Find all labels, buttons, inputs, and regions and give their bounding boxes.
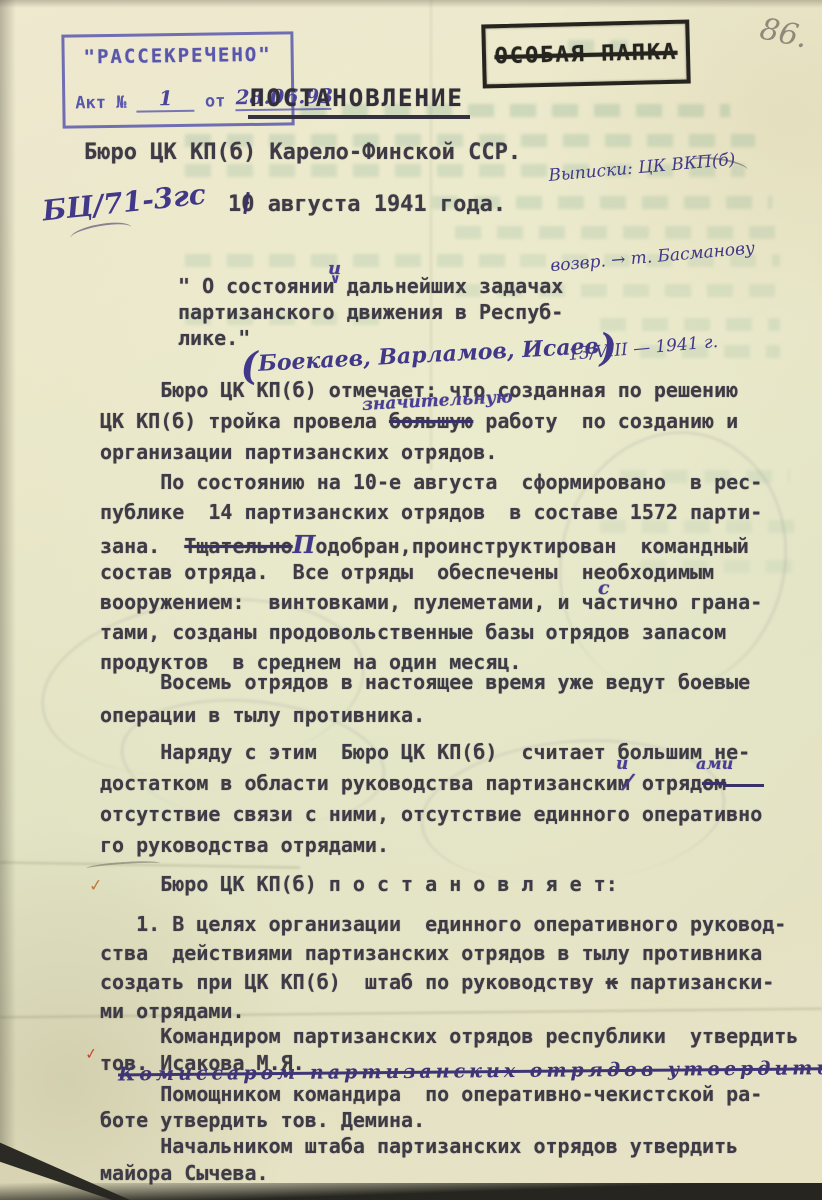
paragraph: Бюро ЦК КП(б) отмечает: что созданная по… (100, 378, 738, 471)
typed-text: партизански- (618, 970, 775, 994)
strike-extension (724, 784, 764, 787)
names-text: Боекаев, Варламов, Исаев (257, 333, 599, 377)
typed-text: отряд (630, 771, 702, 795)
resolve-line: Бюро ЦК КП(б) п о с т а н о в л я е т: (100, 872, 618, 896)
red-checkmark: ✓ (85, 1043, 98, 1064)
typed-text: создать при ЦК КП(б) штаб по руководству (100, 970, 606, 994)
paragraph: 1. В целях организации единного оператив… (100, 912, 786, 1028)
text-line: 1. В целях организации единного оператив… (100, 912, 786, 941)
handwritten-insert: ами (696, 754, 733, 773)
scanned-document-page: "РАССЕКРЕЧЕНО" Акт № 1 от 28.06.93 ОСОБА… (0, 0, 822, 1200)
typed-text: одобран,проинструктирован командный (315, 534, 748, 558)
typed-text: ЦК КП(б) тройка провела (100, 409, 389, 433)
bleedthrough-text (185, 254, 505, 267)
typed-text: вооружением: винтовками, пулеметами, и ч… (100, 590, 762, 614)
text-line: создать при ЦК КП(б) штаб по руководству… (100, 970, 786, 999)
special-folder-stamp: ОСОБАЯ ПАПКА (481, 19, 691, 88)
annotation-line: возвр. → т. Басманову (549, 233, 756, 281)
paragraph: Начальником штаба партизанских отрядов у… (100, 1134, 738, 1188)
handwritten-insert: с (598, 577, 610, 599)
paren-close: ) (598, 324, 618, 370)
text-line: вооружением: винтовками, пулеметами, и ч… (100, 590, 762, 620)
text-line: Командиром партизанских отрядов республи… (100, 1024, 798, 1051)
struck-word: Тщательно (184, 534, 292, 558)
pencil-dash (86, 859, 160, 872)
text-line: Наряду с этим Бюро ЦК КП(б) считает боль… (100, 740, 762, 771)
text-line: партизанского движения в Респуб- (178, 300, 563, 326)
document-title: ПОСТАНОВЛЕНИЕ (248, 84, 470, 119)
page-number: 86. (757, 11, 811, 55)
from-label: от (205, 91, 226, 111)
file-reference-handwritten: БЦ/71-3гс (41, 178, 208, 228)
date-line: 10 августа 1941 года. (228, 192, 506, 217)
typed-text: дальнейших задачах (335, 274, 564, 298)
special-folder-stamp-label: ОСОБАЯ ПАПКА (494, 39, 678, 68)
insert-caret: ∨ (330, 272, 341, 287)
text-line: публике 14 партизанских отрядов в состав… (100, 500, 762, 530)
orange-checkmark: ✓ (89, 873, 103, 896)
act-number-handwritten: 1 (137, 86, 195, 113)
typed-text: работу по созданию и (473, 409, 738, 433)
date-text: 10 августа 1941 года. (228, 192, 506, 217)
text-line: ства действиями партизанских отрядов в т… (100, 941, 786, 970)
struck-word: ом (702, 771, 726, 795)
text-line: состав отряда. Все отряды обеспечены нео… (100, 560, 762, 590)
text-line: отсутствие связи с ними, отсутствие един… (100, 802, 762, 833)
paragraph: Восемь отрядов в настоящее время уже вед… (100, 670, 750, 736)
text-line: достатком в области руководства партизан… (100, 771, 762, 802)
paragraph: По состоянию на 10-е августа сформирован… (100, 470, 762, 680)
text-line: тами, созданы продовольственные базы отр… (100, 620, 762, 650)
org-line: Бюро ЦК КП(б) Карело-Финской ССР. (84, 140, 521, 165)
handwritten-insert: и (616, 754, 628, 774)
paragraph: Наряду с этим Бюро ЦК КП(б) считает боль… (100, 740, 762, 864)
paragraph: Помощником командира по оперативно-чекис… (100, 1082, 762, 1134)
scan-edge-bottom (0, 1183, 822, 1200)
typed-text: зана. (100, 534, 184, 558)
text-line: Начальником штаба партизанских отрядов у… (100, 1134, 738, 1161)
text-line: операции в тылу противника. (100, 703, 750, 736)
struck-word: к (606, 970, 618, 994)
text-line: боте утвердить тов. Демина. (100, 1108, 762, 1134)
typed-text: " О состоянии (178, 274, 335, 298)
handwritten-letter: П (293, 530, 316, 559)
text-line: По состоянию на 10-е августа сформирован… (100, 470, 762, 500)
text-line: зана. ТщательноПодобран,проинструктирова… (100, 530, 762, 560)
text-line: ЦК КП(б) тройка провела большую работу п… (100, 409, 738, 440)
act-label: Акт № (75, 93, 126, 114)
typed-text: достатком в области руководства партизан… (100, 771, 630, 795)
scan-edge-top (0, 0, 822, 8)
text-line: " О состоянии дальнейших задачахи∨ (178, 274, 563, 300)
text-line: го руководства отрядами. (100, 833, 762, 864)
scan-edge-left (0, 0, 16, 1200)
text-line: организации партизанских отрядов. (100, 440, 738, 471)
declassified-stamp-title: "РАССЕКРЕЧЕНО" (65, 43, 291, 68)
text-line: Помощником командира по оперативно-чекис… (100, 1082, 762, 1108)
text-line: Восемь отрядов в настоящее время уже вед… (100, 670, 750, 703)
